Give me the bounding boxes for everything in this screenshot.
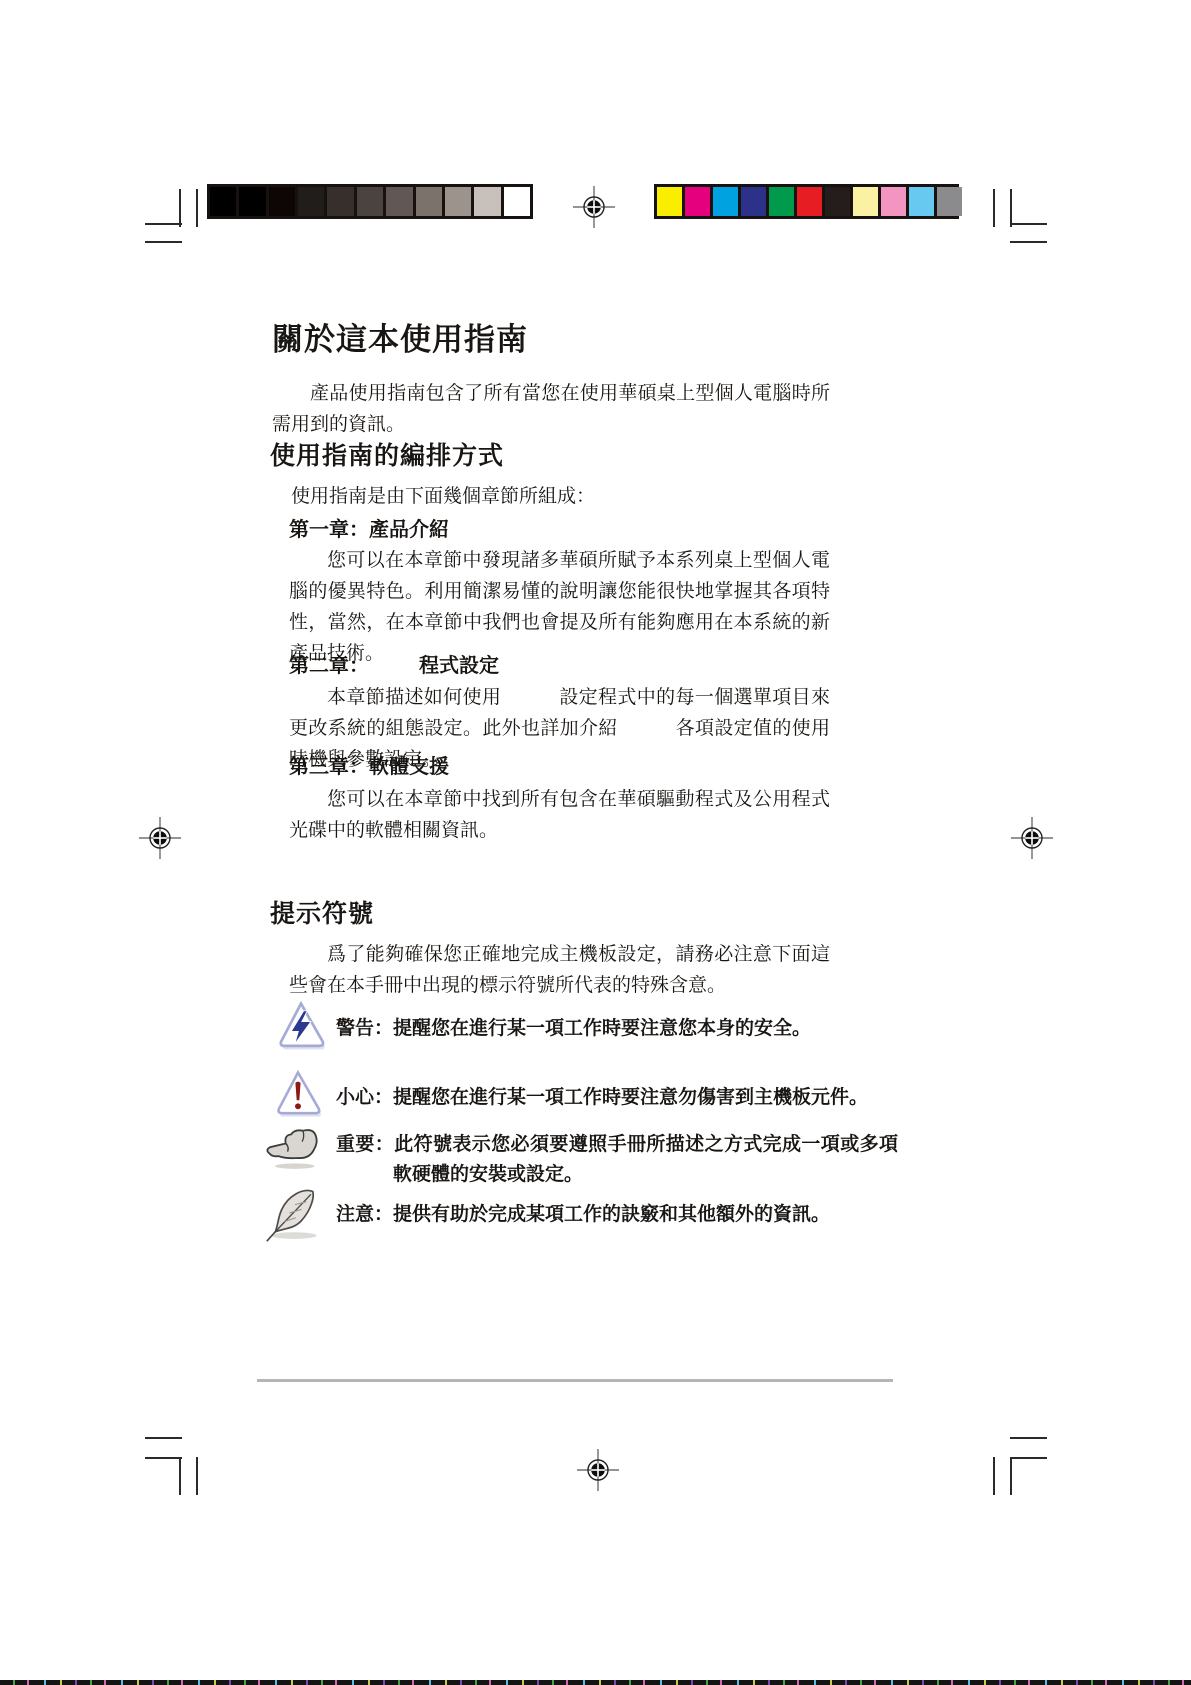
important-text: 此符號表示您必須要遵照手冊所描述之方式完成一項或多項軟硬體的安裝或設定。 <box>393 1133 898 1185</box>
caution-label: 小心： <box>336 1086 393 1108</box>
chapter3-body: 您可以在本章節中找到所有包含在華碩驅動程式及公用程式光碟中的軟體相關資訊。 <box>289 784 830 846</box>
note-feather-icon <box>264 1184 324 1244</box>
crop-mark <box>196 1457 198 1495</box>
crop-mark <box>1010 223 1047 225</box>
color-swatch <box>657 187 682 216</box>
crop-mark <box>1010 1457 1047 1459</box>
crop-mark <box>1010 1457 1012 1495</box>
crop-mark <box>145 241 182 243</box>
color-swatch <box>685 187 710 216</box>
color-swatch <box>853 187 878 216</box>
gray-swatch <box>327 187 353 216</box>
warning-notice: 警告：提醒您在進行某一項工作時要注意您本身的安全。 <box>336 1013 893 1043</box>
crop-mark <box>196 189 198 227</box>
manual-page: 關於這本使用指南 產品使用指南包含了所有當您在使用華碩桌上型個人電腦時所需用到的… <box>0 0 1191 1685</box>
organization-heading: 使用指南的編排方式 <box>270 436 504 472</box>
crop-mark <box>179 189 181 227</box>
film-edge-strip <box>0 1680 1191 1685</box>
important-notice: 重要：此符號表示您必須要遵照手冊所描述之方式完成一項或多項軟硬體的安裝或設定。 <box>336 1129 898 1189</box>
crop-mark <box>179 1457 181 1495</box>
chapter2-heading: 第二章： 程式設定 <box>289 649 499 678</box>
gray-swatch <box>298 187 324 216</box>
color-swatch <box>741 187 766 216</box>
gray-swatch <box>269 187 295 216</box>
important-label: 重要： <box>336 1133 394 1155</box>
note-notice: 注意：提供有助於完成某項工作的訣竅和其他額外的資訊。 <box>336 1199 898 1229</box>
caution-notice: 小心：提醒您在進行某一項工作時要注意勿傷害到主機板元件。 <box>336 1082 903 1112</box>
crop-mark <box>1010 241 1047 243</box>
note-text: 提供有助於完成某項工作的訣竅和其他額外的資訊。 <box>393 1203 830 1225</box>
color-swatch <box>797 187 822 216</box>
color-swatch <box>909 187 934 216</box>
grayscale-calibration-bar <box>207 184 533 219</box>
warning-triangle-lightning-icon <box>274 998 328 1056</box>
gray-swatch <box>504 187 530 216</box>
symbols-heading: 提示符號 <box>270 894 374 930</box>
crop-mark <box>145 1457 182 1459</box>
crop-mark <box>145 223 182 225</box>
crop-mark <box>1010 189 1012 227</box>
registration-mark-icon <box>1010 816 1054 860</box>
crop-mark <box>993 1457 995 1495</box>
color-swatch <box>825 187 850 216</box>
registration-mark-icon <box>138 816 182 860</box>
gray-swatch <box>445 187 471 216</box>
note-label: 注意： <box>336 1203 393 1225</box>
important-hand-icon <box>264 1126 322 1170</box>
gray-swatch <box>210 187 236 216</box>
intro-paragraph: 產品使用指南包含了所有當您在使用華碩桌上型個人電腦時所需用到的資訊。 <box>272 378 830 440</box>
warning-label: 警告： <box>336 1017 393 1039</box>
warning-text: 提醒您在進行某一項工作時要注意您本身的安全。 <box>393 1017 811 1039</box>
color-swatch <box>713 187 738 216</box>
page-title: 關於這本使用指南 <box>272 314 528 359</box>
gray-swatch <box>357 187 383 216</box>
footer-rule <box>257 1379 893 1382</box>
registration-mark-icon <box>572 185 616 229</box>
gray-swatch <box>239 187 265 216</box>
gray-swatch <box>416 187 442 216</box>
crop-mark <box>1010 1437 1047 1439</box>
chapter3-heading: 第三章：軟體支援 <box>289 750 449 779</box>
crop-mark <box>993 189 995 227</box>
color-swatch <box>937 187 962 216</box>
color-calibration-bar <box>654 184 959 219</box>
symbols-lead: 爲了能夠確保您正確地完成主機板設定，請務必注意下面這些會在本手冊中出現的標示符號… <box>289 939 830 1001</box>
color-swatch <box>769 187 794 216</box>
gray-swatch <box>386 187 412 216</box>
color-swatch <box>881 187 906 216</box>
registration-mark-icon <box>576 1448 620 1492</box>
gray-swatch <box>474 187 500 216</box>
organization-lead: 使用指南是由下面幾個章節所組成： <box>272 481 830 512</box>
crop-mark <box>145 1437 182 1439</box>
chapter1-heading: 第一章：產品介紹 <box>289 513 449 542</box>
caution-triangle-exclamation-icon <box>272 1066 324 1124</box>
caution-text: 提醒您在進行某一項工作時要注意勿傷害到主機板元件。 <box>393 1086 868 1108</box>
